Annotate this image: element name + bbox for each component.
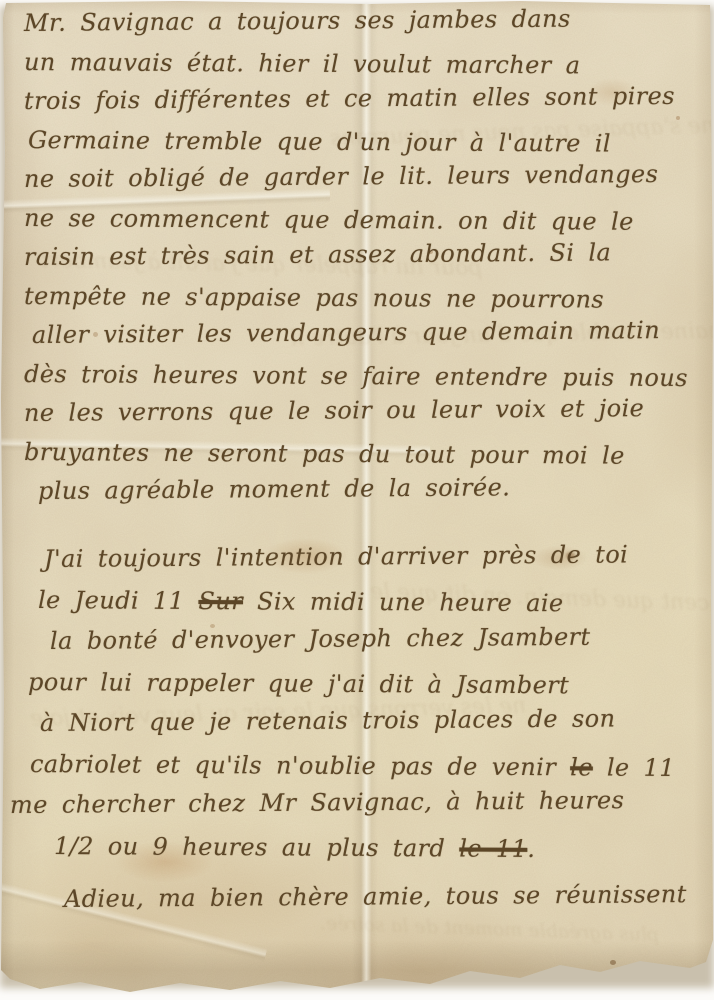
struck-out-word: Sur [198,587,243,615]
letter-line: plus agréable moment de la soirée. [38,467,704,511]
paragraph-1: Mr. Savignac a toujours ses jambes dans … [24,4,704,511]
line-text: cabriolet et qu'ils n'oublie pas de veni… [30,750,570,781]
letter-line: ne soit obligé de garder le lit. leurs v… [24,155,704,199]
line-text: le 11 [593,753,675,782]
foxing-speck [610,960,616,965]
line-text: . [527,835,535,863]
paragraph-3: Adieu, ma bien chère amie, tous se réuni… [24,880,704,919]
paragraph-2: J'ai toujours l'intention d'arriver près… [24,539,704,867]
line-text: Six midi une heure aie [243,587,564,617]
letter-page: tempête ne s'appaise pas nous ne pourron… [0,0,714,1000]
letter-line: me chercher chez Mr Savignac, à huit heu… [10,780,704,826]
letter-line: Adieu, ma bien chère amie, tous se réuni… [64,875,704,919]
letter-line: Mr. Savignac a toujours ses jambes dans [24,0,704,43]
letter-line: à Niort que je retenais trois places de … [40,698,704,744]
letter-body: Mr. Savignac a toujours ses jambes dans … [0,0,714,919]
struck-out-word: le [570,753,593,781]
line-text: le Jeudi 11 [38,586,199,615]
letter-line: 1/2 ou 9 heures au plus tard le 11. [54,826,704,871]
letter-line: raisin est très sain et assez abondant. … [24,233,704,277]
letter-line: la bonté d'envoyer Joseph chez Jsambert [50,616,704,662]
struck-out-word: le 11 [459,834,527,862]
letter-line: ne les verrons que le soir ou leur voix … [24,389,704,433]
letter-line: trois fois différentes et ce matin elles… [24,77,704,121]
letter-line: J'ai toujours l'intention d'arriver près… [44,534,704,580]
line-text: 1/2 ou 9 heures au plus tard [54,832,459,862]
letter-line: aller visiter les vendangeurs que demain… [32,311,704,355]
